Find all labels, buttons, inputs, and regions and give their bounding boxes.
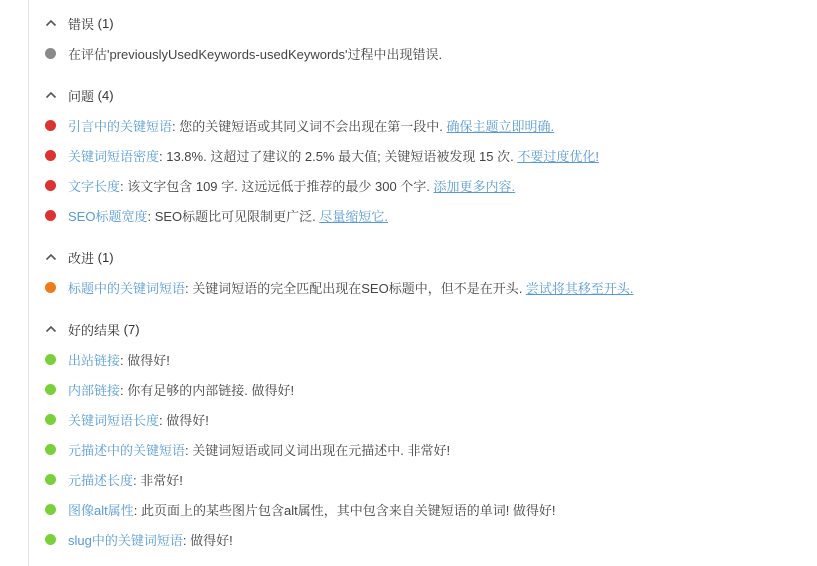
error-bullet-icon (45, 48, 56, 59)
section-count: (7) (124, 322, 140, 337)
good-bullet-icon (45, 474, 56, 485)
section-title: 好的结果 (68, 320, 120, 339)
result-body: : 关键词短语的完全匹配出现在SEO标题中，但不是在开头. (185, 281, 526, 296)
good-bullet-icon (45, 504, 56, 515)
analysis-result-item: 元描述长度: 非常好! (29, 464, 817, 494)
problem-bullet-icon (45, 120, 56, 131)
result-label-link[interactable]: 标题中的关键词短语 (68, 281, 185, 296)
result-body: : 该文字包含 109 字. 这远远低于推荐的最少 300 个字. (120, 179, 434, 194)
section-count: (4) (98, 88, 114, 103)
result-label-link[interactable]: 出站链接 (68, 353, 120, 368)
result-text: 关键词短语密度: 13.8%. 这超过了建议的 2.5% 最大值; 关键短语被发… (68, 146, 599, 165)
analysis-result-item: 标题中的关键词短语: 关键词短语的完全匹配出现在SEO标题中，但不是在开头. 尝… (29, 272, 817, 302)
result-advice-link[interactable]: 尝试将其移至开头. (526, 281, 634, 296)
analysis-result-item: 图像alt属性: 此页面上的某些图片包含alt属性，其中包含来自关键短语的单词!… (29, 494, 817, 524)
result-label-link[interactable]: 图像alt属性 (68, 503, 134, 518)
result-label-link[interactable]: slug中的关键词短语 (68, 533, 183, 548)
result-text: 引言中的关键短语: 您的关键短语或其同义词不会出现在第一段中. 确保主题立即明确… (68, 116, 554, 135)
analysis-result-item: 关键词短语密度: 13.8%. 这超过了建议的 2.5% 最大值; 关键短语被发… (29, 140, 817, 170)
improvement-bullet-icon (45, 282, 56, 293)
result-label-link[interactable]: 元描述中的关键短语 (68, 443, 185, 458)
result-text: 关键词短语长度: 做得好! (68, 410, 209, 429)
chevron-up-icon[interactable] (45, 89, 57, 101)
result-body: : SEO标题比可见限制更广泛. (147, 209, 319, 224)
result-body: : 关键词短语或同义词出现在元描述中. 非常好! (185, 443, 450, 458)
section-title: 错误 (68, 14, 94, 33)
section-count: (1) (98, 16, 114, 31)
result-text: 文字长度: 该文字包含 109 字. 这远远低于推荐的最少 300 个字. 添加… (68, 176, 515, 195)
problem-bullet-icon (45, 210, 56, 221)
analysis-result-item: 引言中的关键短语: 您的关键短语或其同义词不会出现在第一段中. 确保主题立即明确… (29, 110, 817, 140)
result-advice-link[interactable]: 确保主题立即明确. (446, 119, 554, 134)
result-body: : 此页面上的某些图片包含alt属性，其中包含来自关键短语的单词! 做得好! (134, 503, 556, 518)
result-text: slug中的关键词短语: 做得好! (68, 530, 233, 549)
problem-bullet-icon (45, 180, 56, 191)
section-count: (1) (98, 250, 114, 265)
analysis-results: 错误 (1)在评估'previouslyUsedKeywords-usedKey… (29, 8, 817, 554)
result-body: : 做得好! (159, 413, 209, 428)
good-bullet-icon (45, 414, 56, 425)
result-body: 在评估'previouslyUsedKeywords-usedKeywords'… (68, 47, 442, 62)
result-label-link[interactable]: 关键词短语长度 (68, 413, 159, 428)
result-advice-link[interactable]: 尽量缩短它. (319, 209, 388, 224)
result-advice-link[interactable]: 添加更多内容. (434, 179, 516, 194)
good-bullet-icon (45, 384, 56, 395)
section-heading-improvements[interactable]: 改进 (1) (29, 242, 817, 272)
analysis-result-item: SEO标题宽度: SEO标题比可见限制更广泛. 尽量缩短它. (29, 200, 817, 230)
section-heading-problems[interactable]: 问题 (4) (29, 80, 817, 110)
result-label-link[interactable]: 元描述长度 (68, 473, 133, 488)
good-bullet-icon (45, 444, 56, 455)
analysis-result-item: slug中的关键词短语: 做得好! (29, 524, 817, 554)
result-text: 图像alt属性: 此页面上的某些图片包含alt属性，其中包含来自关键短语的单词!… (68, 500, 556, 519)
section-heading-errors[interactable]: 错误 (1) (29, 8, 817, 38)
seo-analysis-panel: 错误 (1)在评估'previouslyUsedKeywords-usedKey… (28, 0, 817, 566)
good-bullet-icon (45, 354, 56, 365)
result-body: : 做得好! (183, 533, 233, 548)
result-text: SEO标题宽度: SEO标题比可见限制更广泛. 尽量缩短它. (68, 206, 388, 225)
result-text: 元描述长度: 非常好! (68, 470, 183, 489)
result-label-link[interactable]: 关键词短语密度 (68, 149, 159, 164)
result-body: : 你有足够的内部链接. 做得好! (120, 383, 294, 398)
section-heading-good-results[interactable]: 好的结果 (7) (29, 314, 817, 344)
result-label-link[interactable]: 文字长度 (68, 179, 120, 194)
result-advice-link[interactable]: 不要过度优化! (517, 149, 599, 164)
result-body: : 非常好! (133, 473, 183, 488)
result-body: : 做得好! (120, 353, 170, 368)
result-text: 标题中的关键词短语: 关键词短语的完全匹配出现在SEO标题中，但不是在开头. 尝… (68, 278, 634, 297)
result-label-link[interactable]: 引言中的关键短语 (68, 119, 172, 134)
result-text: 元描述中的关键短语: 关键词短语或同义词出现在元描述中. 非常好! (68, 440, 450, 459)
analysis-result-item: 在评估'previouslyUsedKeywords-usedKeywords'… (29, 38, 817, 68)
section-title: 问题 (68, 86, 94, 105)
chevron-up-icon[interactable] (45, 323, 57, 335)
analysis-result-item: 出站链接: 做得好! (29, 344, 817, 374)
good-bullet-icon (45, 534, 56, 545)
result-body: : 您的关键短语或其同义词不会出现在第一段中. (172, 119, 446, 134)
analysis-result-item: 内部链接: 你有足够的内部链接. 做得好! (29, 374, 817, 404)
result-text: 内部链接: 你有足够的内部链接. 做得好! (68, 380, 294, 399)
result-text: 在评估'previouslyUsedKeywords-usedKeywords'… (68, 44, 442, 63)
analysis-result-item: 元描述中的关键短语: 关键词短语或同义词出现在元描述中. 非常好! (29, 434, 817, 464)
problem-bullet-icon (45, 150, 56, 161)
chevron-up-icon[interactable] (45, 17, 57, 29)
result-label-link[interactable]: 内部链接 (68, 383, 120, 398)
analysis-result-item: 关键词短语长度: 做得好! (29, 404, 817, 434)
chevron-up-icon[interactable] (45, 251, 57, 263)
result-label-link[interactable]: SEO标题宽度 (68, 209, 147, 224)
result-body: : 13.8%. 这超过了建议的 2.5% 最大值; 关键短语被发现 15 次. (159, 149, 517, 164)
result-text: 出站链接: 做得好! (68, 350, 170, 369)
section-title: 改进 (68, 248, 94, 267)
analysis-result-item: 文字长度: 该文字包含 109 字. 这远远低于推荐的最少 300 个字. 添加… (29, 170, 817, 200)
